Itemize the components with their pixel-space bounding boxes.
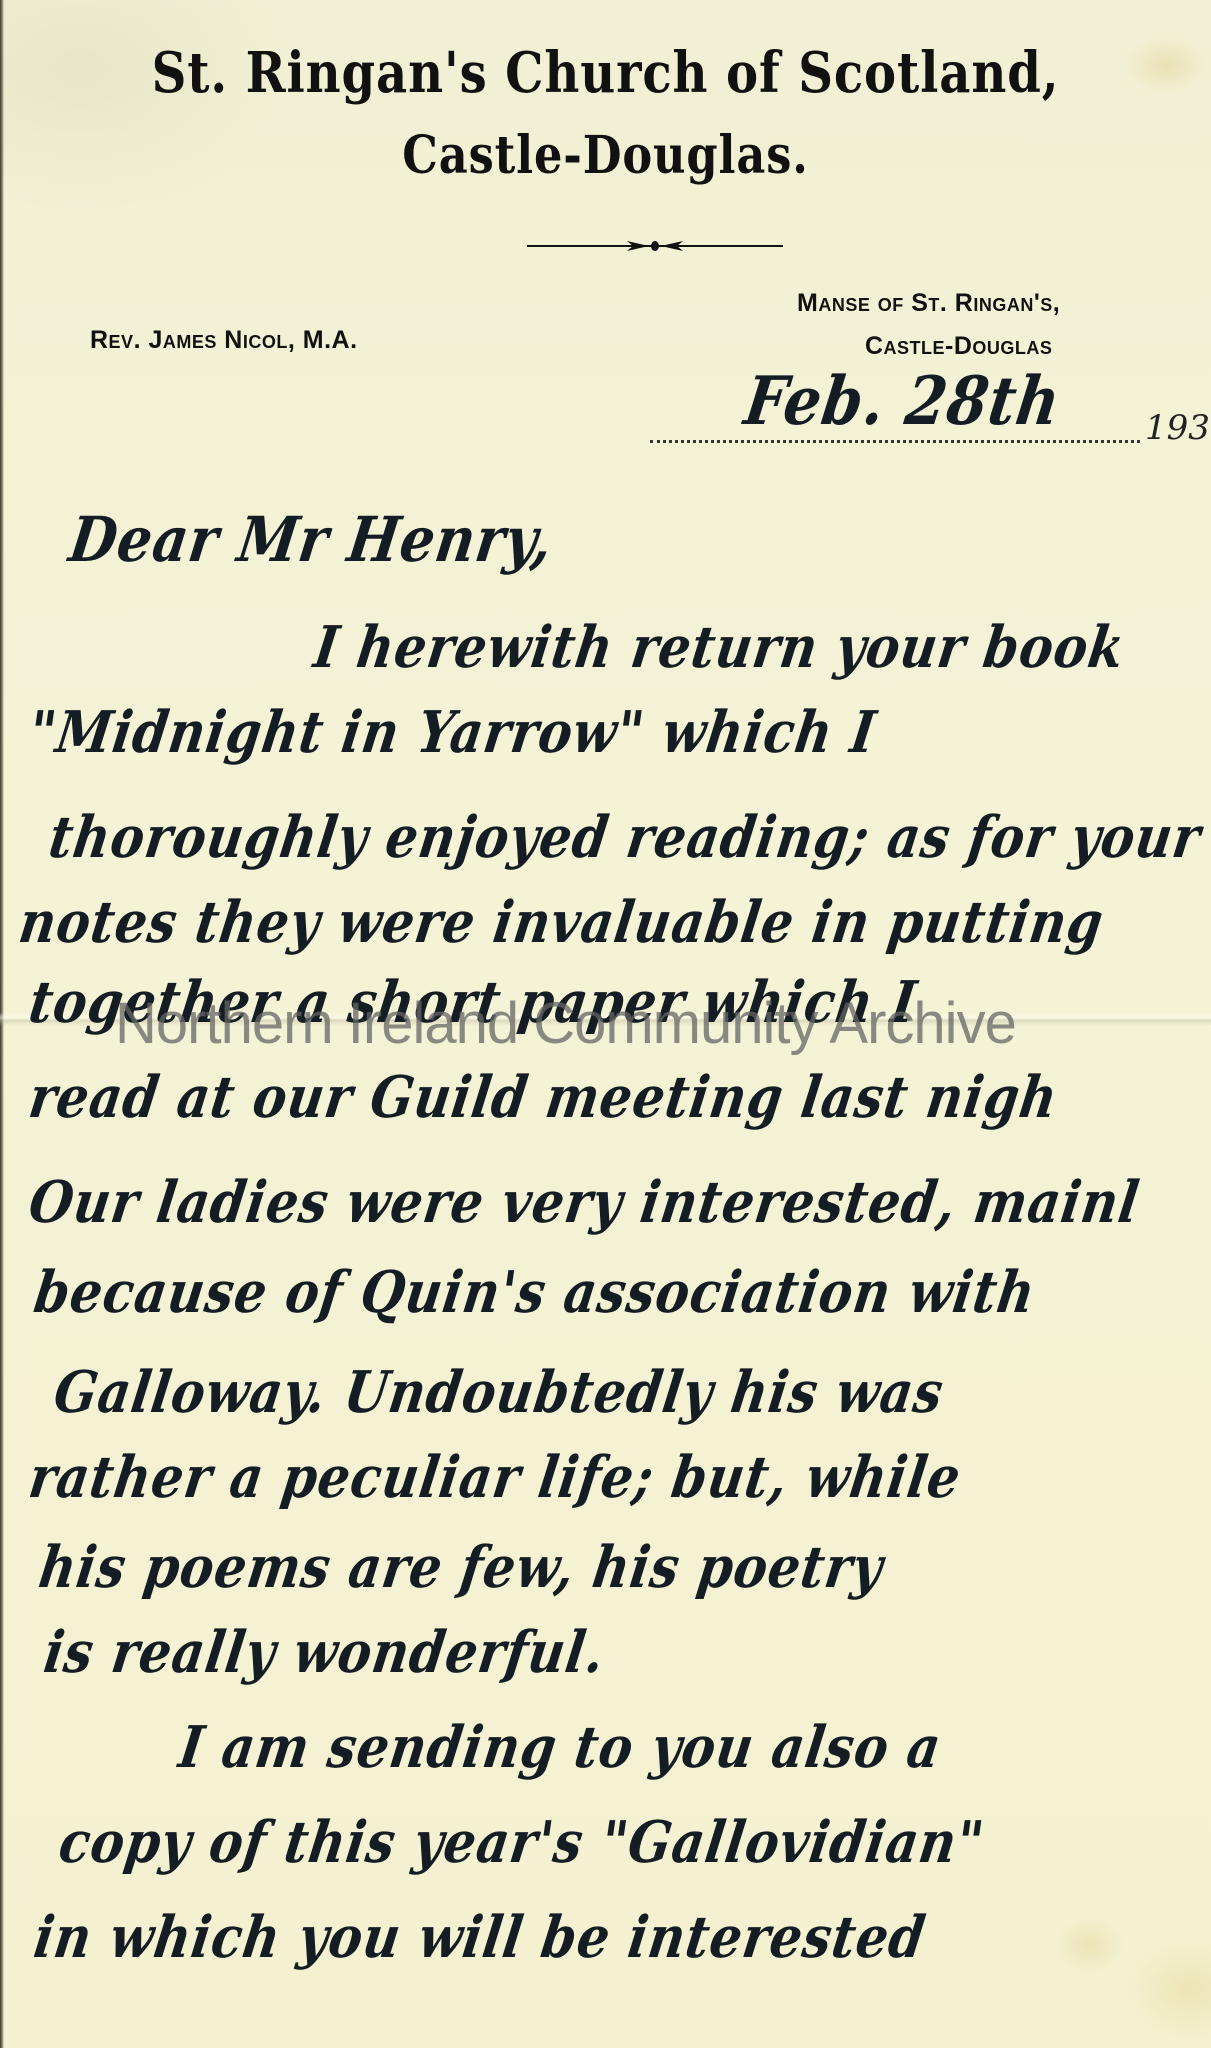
letterhead-church-name: St. Ringan's Church of Scotland, xyxy=(85,40,1126,106)
letter-line: Our ladies were very interested, mainl xyxy=(25,1168,1144,1236)
letter-line: his poems are few, his poetry xyxy=(35,1533,888,1601)
manse-address-line-2: Castle-Douglas xyxy=(865,332,1052,361)
letterhead-town: Castle-Douglas. xyxy=(85,125,1126,186)
ornamental-divider-icon xyxy=(527,238,783,254)
manse-address-line-1: Manse of St. Ringan's, xyxy=(797,289,1060,318)
letter-line: is really wonderful. xyxy=(40,1618,609,1686)
letter-line: Galloway. Undoubtedly his was xyxy=(50,1358,948,1426)
printed-year: 193 xyxy=(1145,408,1210,448)
minister-name: Rev. James Nicol, M.A. xyxy=(90,326,358,355)
letter-line: copy of this year's "Gallovidian" xyxy=(55,1808,989,1876)
letter-line: "Midnight in Yarrow" which I xyxy=(25,698,881,766)
letter-line: read at our Guild meeting last nigh xyxy=(25,1063,1062,1131)
archive-watermark: Northern Ireland Community Archive xyxy=(115,990,1095,1057)
handwritten-date: Feb. 28th xyxy=(740,362,1066,440)
letter-line: thoroughly enjoyed reading; as for your xyxy=(45,803,1205,871)
letter-line: because of Quin's association with xyxy=(30,1258,1040,1326)
letter-line: in which you will be interested xyxy=(30,1903,930,1971)
salutation: Dear Mr Henry, xyxy=(65,502,558,576)
letter-line: rather a peculiar life; but, while xyxy=(25,1443,965,1511)
letter-line: I am sending to you also a xyxy=(175,1713,946,1781)
letter-line: notes they were invaluable in putting xyxy=(15,888,1108,956)
letter-line: I herewith return your book xyxy=(310,613,1129,681)
date-dotted-rule xyxy=(650,440,1140,443)
